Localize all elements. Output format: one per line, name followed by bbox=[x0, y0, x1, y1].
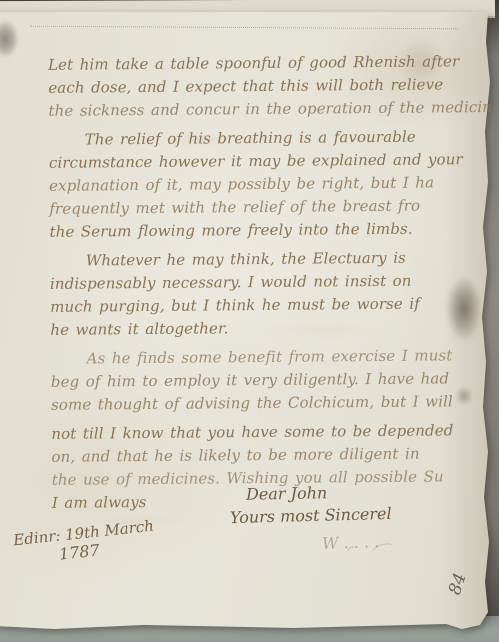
letter-line: he wants it altogether. bbox=[50, 317, 470, 344]
letter-line: the Serum flowing more freely into the l… bbox=[49, 219, 469, 246]
letter-line: some thought of advising the Colchicum, … bbox=[51, 392, 471, 419]
closing-salute: Dear John bbox=[246, 483, 328, 503]
letter-body: Let him take a table spoonful of good Rh… bbox=[48, 52, 472, 517]
letter-line: frequently met with the relief of the br… bbox=[49, 196, 469, 223]
letter-line: the sickness and concur in the operation… bbox=[48, 98, 468, 125]
faint-pencil-marks bbox=[348, 542, 408, 568]
manuscript-letter-scan: Let him take a table spoonful of good Rh… bbox=[0, 0, 499, 642]
